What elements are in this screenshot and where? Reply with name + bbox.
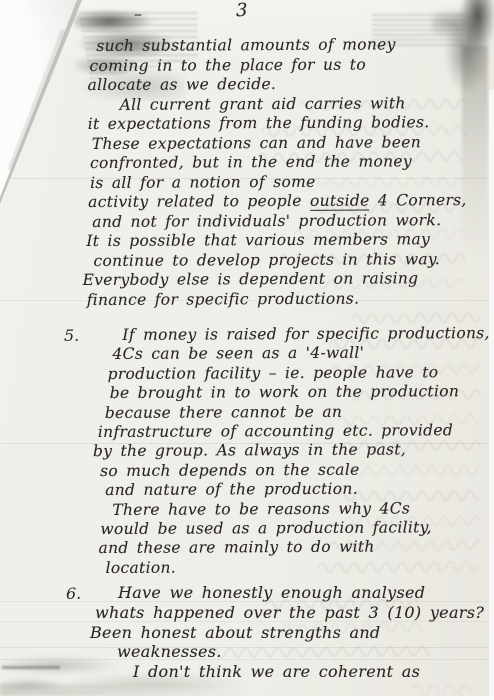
- header-pen-dash: –: [134, 4, 142, 23]
- handwritten-line: Everybody else is dependent on raising: [83, 269, 468, 291]
- handwritten-line: I don't think we are coherent as: [133, 662, 484, 682]
- handwritten-line: infrastructure of accounting etc. provid…: [98, 421, 490, 442]
- handwritten-line: Have we honestly enough analysed: [118, 583, 484, 603]
- handwritten-line: would be used as a production facility,: [100, 518, 490, 539]
- item-5-text: If money is raised for specific producti…: [104, 324, 491, 578]
- handwritten-line: so much depends on the scale: [100, 460, 490, 481]
- handwritten-line: it expectations from the funding bodies.: [88, 113, 467, 134]
- item-6-text: Have we honestly enough analysed whats h…: [95, 583, 484, 682]
- handwritten-line: and these are mainly to do with: [98, 537, 490, 558]
- handwritten-line: location.: [106, 557, 491, 578]
- handwritten-line: Been honest about strengths and: [90, 623, 484, 643]
- handwritten-line: and nature of the production.: [105, 479, 490, 500]
- handwritten-line: If money is raised for specific producti…: [122, 324, 489, 345]
- toner-dash-bottom-left: [2, 666, 60, 669]
- paragraph-continuation: such substantial amounts of money coming…: [89, 35, 467, 310]
- handwritten-line: There have to be reasons why 4Cs: [112, 499, 490, 520]
- handwritten-line: coming in to the place for us to: [89, 55, 466, 76]
- scanned-page: – 3 such substantial amounts of money co…: [0, 0, 494, 700]
- handwritten-line: continue to develop projects in this way…: [93, 250, 467, 271]
- bleed-through-squiggle: [413, 682, 473, 697]
- handwritten-line: These expectations can and have been: [92, 133, 467, 154]
- handwritten-line: All current grant aid carries with: [120, 94, 467, 115]
- handwritten-line: by the group. As always in the past,: [93, 440, 490, 461]
- handwritten-line: allocate as we decide.: [87, 74, 466, 95]
- paper-edge-bottom: [0, 696, 494, 700]
- handwritten-line: production facility – ie. people have to: [108, 363, 490, 384]
- handwritten-line: such substantial amounts of money: [96, 35, 466, 56]
- handwritten-line: be brought in to work on the production: [110, 382, 490, 403]
- page-number: 3: [236, 0, 248, 21]
- line-segment: activity related to people: [88, 192, 310, 211]
- handwritten-line: finance for specific productions.: [87, 289, 468, 310]
- handwritten-line: because there cannot be an: [105, 402, 490, 423]
- handwritten-line: and not for individuals' production work…: [92, 211, 467, 232]
- handwritten-line: weaknesses.: [117, 642, 484, 662]
- handwritten-line: confronted, but in the end the money: [90, 152, 467, 173]
- toner-band-bottom: [0, 684, 250, 696]
- handwritten-line: It is possible that various members may: [86, 230, 467, 251]
- item-5-number: 5.: [64, 326, 79, 345]
- handwritten-line: activity related to people outside 4 Cor…: [88, 191, 467, 212]
- handwritten-line: is all for a notion of some: [90, 172, 467, 193]
- line-segment: 4 Corners,: [370, 191, 467, 210]
- item-6-number: 6.: [66, 584, 81, 603]
- handwritten-line: 4Cs can be seen as a '4-wall': [112, 343, 489, 364]
- underlined-word: outside: [310, 192, 370, 211]
- handwritten-line: whats happened over the past 3 (10) year…: [95, 603, 484, 623]
